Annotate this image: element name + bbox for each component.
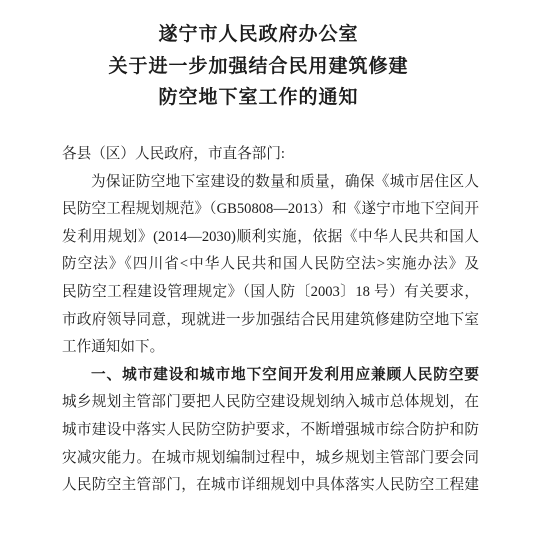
body-line: 民防空工程规划规范》（GB50808—2013）和《遂宁市地下空间开 <box>62 196 479 224</box>
document-title-line: 防空地下室工作的通知 <box>30 82 487 114</box>
body-line: 工作通知如下。 <box>62 334 479 362</box>
body-line: 为保证防空地下室建设的数量和质量，确保《城市居住区人 <box>62 169 479 197</box>
body-line: 各县（区）人民政府，市直各部门: <box>62 141 479 169</box>
document-title: 遂宁市人民政府办公室关于进一步加强结合民用建筑修建防空地下室工作的通知 <box>30 19 487 114</box>
body-line: 城市建设中落实人民防空防护要求，不断增强城市综合防护和防 <box>62 417 479 445</box>
body-line: 城乡规划主管部门要把人民防空建设规划纳入城市总体规划，在 <box>62 389 479 417</box>
body-line: 人民防空主管部门，在城市详细规划中具体落实人民防空工程建 <box>62 472 479 500</box>
body-line: 防空法》《四川省<中华人民共和国人民防空法>实施办法》及《人 <box>62 251 479 279</box>
body-line: 市政府领导同意，现就进一步加强结合民用建筑修建防空地下室 <box>62 307 479 335</box>
document-page: 遂宁市人民政府办公室关于进一步加强结合民用建筑修建防空地下室工作的通知 各县（区… <box>0 0 537 533</box>
body-line: 民防空工程建设管理规定》（国人防〔2003〕18 号）有关要求，经 <box>62 279 479 307</box>
body-line: 发利用规划》(2014—2030)顺利实施，依据《中华人民共和国人民 <box>62 224 479 252</box>
body-line: 灾减灾能力。在城市规划编制过程中，城乡规划主管部门要会同 <box>62 445 479 473</box>
body-line: 一、城市建设和城市地下空间开发利用应兼顾人民防空要求。 <box>62 362 479 390</box>
document-title-line: 遂宁市人民政府办公室 <box>30 19 487 51</box>
document-body: 各县（区）人民政府，市直各部门:为保证防空地下室建设的数量和质量，确保《城市居住… <box>62 141 479 500</box>
document-title-line: 关于进一步加强结合民用建筑修建 <box>30 51 487 83</box>
